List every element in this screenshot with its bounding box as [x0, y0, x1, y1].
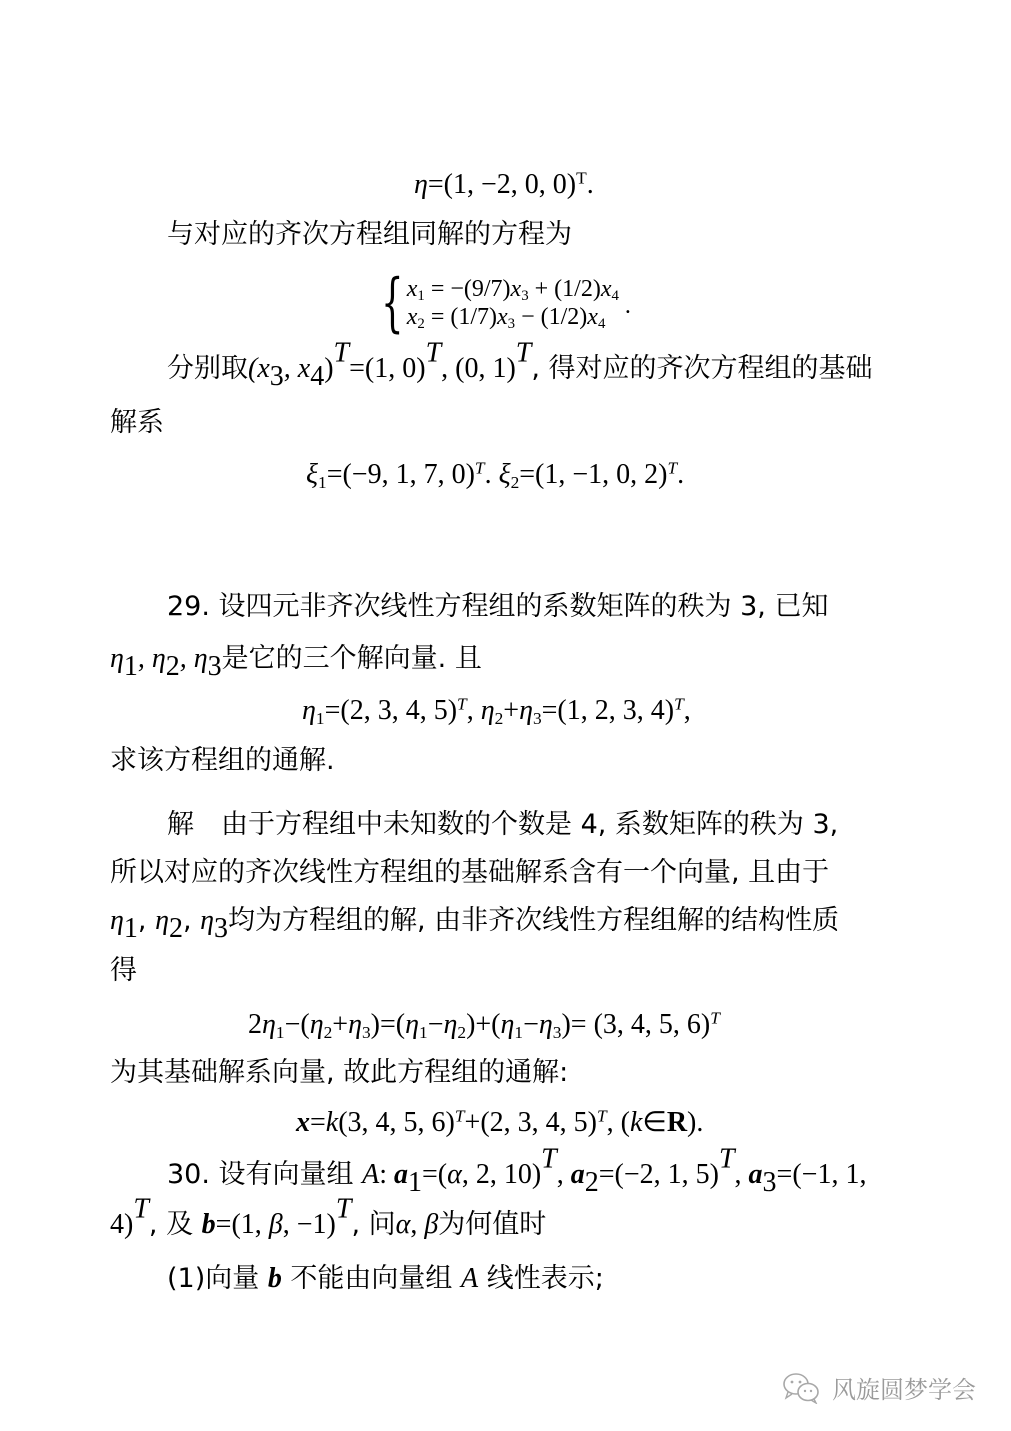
- math: .: [485, 459, 499, 490]
- vector-a: a: [571, 1159, 585, 1190]
- transpose-mark: T: [133, 1194, 149, 1225]
- subscript: 4: [611, 288, 618, 304]
- math: 4): [110, 1209, 133, 1240]
- math: =(−2, 1, 5): [599, 1159, 719, 1190]
- var: x: [511, 276, 522, 302]
- math: ,: [410, 1209, 424, 1240]
- subscript: 3: [508, 316, 515, 332]
- math: (3, 4, 5, 6): [338, 1107, 455, 1138]
- subscript: 3: [533, 709, 542, 728]
- eta-symbol: η: [348, 1009, 362, 1040]
- wechat-icon: [782, 1372, 822, 1404]
- math: =(1,: [216, 1209, 269, 1240]
- eta-symbol: η: [302, 695, 316, 726]
- problem-29-statement: 29. 设四元非齐次线性方程组的系数矩阵的秩为 3, 已知: [167, 590, 828, 624]
- math: ): [324, 353, 333, 384]
- transpose-mark: T: [674, 694, 684, 713]
- eta-symbol: η: [405, 1009, 419, 1040]
- text: (1)向量: [167, 1263, 268, 1294]
- math: )= (3, 4, 5, 6): [561, 1009, 710, 1040]
- text: 30. 设有向量组: [167, 1159, 362, 1190]
- alpha-symbol: α: [396, 1209, 411, 1240]
- subscript: 1: [408, 1167, 422, 1198]
- sep: ,: [138, 905, 155, 936]
- problem-30-part-1: (1)向量 b 不能由向量组 A 线性表示;: [167, 1262, 604, 1296]
- math: , (0, 1): [441, 353, 516, 384]
- equation-system: { x1 = −(9/7)x3 + (1/2)x4 x2 = (1/7)x3 −…: [372, 272, 631, 334]
- transpose-mark: T: [576, 168, 587, 187]
- solution-29-line-4: 得: [110, 954, 137, 988]
- problem-30-line-1: 30. 设有向量组 A: a1=(α, 2, 10)T, a2=(−2, 1, …: [167, 1158, 866, 1192]
- subscript: 2: [585, 1167, 599, 1198]
- text: 线性表示;: [478, 1263, 604, 1294]
- eta-symbol: η: [539, 1009, 553, 1040]
- transpose-mark: T: [475, 458, 485, 477]
- solution-29-line-2: 所以对应的齐次线性方程组的基础解系含有一个向量, 且由于: [110, 856, 829, 890]
- coef: + (1/2): [529, 276, 601, 302]
- watermark: 风旋圆梦学会: [782, 1370, 976, 1405]
- subscript: 3: [521, 288, 528, 304]
- transpose-mark: T: [710, 1008, 720, 1027]
- var: x: [601, 276, 612, 302]
- text: , 及: [149, 1209, 202, 1240]
- math: −: [428, 1009, 444, 1040]
- var: x: [587, 304, 598, 330]
- vector-a: a: [749, 1159, 763, 1190]
- math: =(1, −1, 0, 2): [519, 459, 667, 490]
- k-symbol: k: [630, 1107, 642, 1138]
- math: ).: [687, 1107, 703, 1138]
- transpose-mark: T: [597, 1106, 607, 1125]
- beta-symbol: β: [269, 1209, 283, 1240]
- xi-vectors: ξ1=(−9, 1, 7, 0)T. ξ2=(1, −1, 0, 2)T.: [306, 458, 684, 492]
- transpose-mark: T: [334, 338, 350, 369]
- basis-label: 解系: [110, 406, 164, 440]
- sep: ,: [183, 905, 200, 936]
- transpose-mark: T: [516, 338, 532, 369]
- math: =: [310, 1107, 326, 1138]
- math: :: [379, 1159, 394, 1190]
- problem-30-line-2: 4)T, 及 b=(1, β, −1)T, 问α, β为何值时: [110, 1208, 546, 1242]
- transpose-mark: T: [336, 1194, 352, 1225]
- math: ,: [467, 695, 481, 726]
- set-A: A: [461, 1263, 478, 1294]
- coef: = −(9/7): [425, 276, 511, 302]
- subscript: 2: [495, 709, 504, 728]
- xi-symbol: ξ: [499, 459, 511, 490]
- math: (x: [248, 353, 270, 384]
- math: =(: [422, 1159, 447, 1190]
- k-symbol: k: [326, 1107, 338, 1138]
- math: ,: [557, 1159, 571, 1190]
- eta-symbol: , η: [180, 643, 208, 674]
- transpose-mark: T: [541, 1144, 557, 1175]
- math: )+(: [466, 1009, 500, 1040]
- eta-equation: η=(1, −2, 0, 0)T.: [414, 168, 594, 202]
- subscript: 3: [763, 1167, 777, 1198]
- solution-29-line-1: 解 由于方程组中未知数的个数是 4, 系数矩阵的秩为 3,: [167, 808, 838, 842]
- eta-symbol: η: [501, 1009, 515, 1040]
- eta-symbol: η: [155, 905, 169, 936]
- math: =(−9, 1, 7, 0): [327, 459, 475, 490]
- eta-symbol: η: [262, 1009, 276, 1040]
- period: .: [625, 293, 631, 320]
- transpose-mark: T: [668, 458, 678, 477]
- alpha-symbol: α: [447, 1159, 462, 1190]
- math: , 2, 10): [462, 1159, 541, 1190]
- eta-symbol: η: [310, 1009, 324, 1040]
- subscript: 1: [124, 913, 138, 944]
- solution-29-line-3: η1, η2, η3均为方程组的解, 由非齐次线性方程组解的结构性质: [110, 904, 839, 938]
- system-row-2: x2 = (1/7)x3 − (1/2)x4: [407, 303, 619, 331]
- vector-a: a: [394, 1159, 408, 1190]
- solution-29-conclusion: 为其基础解系向量, 故此方程组的通解:: [110, 1056, 568, 1090]
- vector-b: b: [268, 1263, 282, 1294]
- element-of-symbol: ∈: [642, 1107, 666, 1138]
- math: =(−1, 1,: [777, 1159, 867, 1190]
- transpose-mark: T: [457, 694, 467, 713]
- math: )=(: [371, 1009, 405, 1040]
- subscript: 1: [514, 1023, 523, 1042]
- eta-symbol: η: [200, 905, 214, 936]
- eta-value: =(1, −2, 0, 0): [428, 169, 576, 200]
- eta-symbol: η: [110, 643, 124, 674]
- var: x: [407, 276, 418, 302]
- text: 分别取: [167, 353, 248, 384]
- coef: − (1/2): [515, 304, 587, 330]
- beta-symbol: β: [424, 1209, 438, 1240]
- problem-29-given: η1=(2, 3, 4, 5)T, η2+η3=(1, 2, 3, 4)T,: [302, 694, 691, 728]
- watermark-text: 风旋圆梦学会: [832, 1370, 976, 1405]
- system-rows: x1 = −(9/7)x3 + (1/2)x4 x2 = (1/7)x3 − (…: [407, 275, 619, 331]
- general-solution: x=k(3, 4, 5, 6)T+(2, 3, 4, 5)T, (k∈R).: [296, 1106, 703, 1140]
- eta-symbol: η: [519, 695, 533, 726]
- period: .: [587, 169, 594, 200]
- subscript: 1: [124, 651, 138, 682]
- text: , 问: [351, 1209, 395, 1240]
- x-vector: x: [296, 1107, 310, 1138]
- math: +(2, 3, 4, 5): [465, 1107, 597, 1138]
- math: +: [332, 1009, 348, 1040]
- coef: = (1/7): [425, 304, 497, 330]
- math: , x: [284, 353, 310, 384]
- math: , (: [607, 1107, 630, 1138]
- transpose-mark: T: [719, 1144, 735, 1175]
- vector-b: b: [202, 1209, 216, 1240]
- subscript: 1: [316, 709, 325, 728]
- text: 是它的三个解向量. 且: [222, 643, 482, 674]
- var: x: [497, 304, 508, 330]
- xi-symbol: ξ: [306, 459, 318, 490]
- left-brace: {: [381, 272, 403, 334]
- subscript: 4: [598, 316, 605, 332]
- eta-symbol: , η: [138, 643, 166, 674]
- solution-29-formula: 2η1−(η2+η3)=(η1−η2)+(η1−η3)= (3, 4, 5, 6…: [248, 1008, 720, 1042]
- math: ,: [735, 1159, 749, 1190]
- math: +: [503, 695, 519, 726]
- eta-symbol: η: [110, 905, 124, 936]
- system-row-1: x1 = −(9/7)x3 + (1/2)x4: [407, 275, 619, 303]
- subscript: 3: [362, 1023, 371, 1042]
- take-values-line: 分别取(x3, x4)T=(1, 0)T, (0, 1)T, 得对应的齐次方程组…: [167, 352, 873, 386]
- subscript: 2: [169, 913, 183, 944]
- subscript: 2: [166, 651, 180, 682]
- math: =(1, 0): [349, 353, 425, 384]
- transpose-mark: T: [455, 1106, 465, 1125]
- subscript: 2: [417, 316, 424, 332]
- subscript: 3: [270, 361, 284, 392]
- reals-symbol: R: [667, 1107, 687, 1138]
- problem-29-line-2: η1, η2, η3是它的三个解向量. 且: [110, 642, 482, 676]
- math: =(1, 2, 3, 4): [542, 695, 674, 726]
- subscript: 2: [324, 1023, 333, 1042]
- text: , 得对应的齐次方程组的基础: [531, 353, 872, 384]
- subscript: 4: [310, 361, 324, 392]
- subscript: 1: [318, 473, 327, 492]
- eta-symbol: η: [414, 169, 428, 200]
- math: =(2, 3, 4, 5): [325, 695, 457, 726]
- problem-29-ask: 求该方程组的通解.: [110, 744, 335, 778]
- subscript: 1: [276, 1023, 285, 1042]
- math: −(: [285, 1009, 310, 1040]
- text: 均为方程组的解, 由非齐次线性方程组解的结构性质: [228, 905, 839, 936]
- subscript: 1: [417, 288, 424, 304]
- text: 为何值时: [438, 1209, 546, 1240]
- set-A: A: [362, 1159, 379, 1190]
- same-solution-text: 与对应的齐次方程组同解的方程为: [167, 218, 572, 252]
- math: 2: [248, 1009, 262, 1040]
- subscript: 3: [208, 651, 222, 682]
- eta-symbol: η: [443, 1009, 457, 1040]
- subscript: 2: [457, 1023, 466, 1042]
- text: 不能由向量组: [282, 1263, 461, 1294]
- subscript: 2: [511, 473, 520, 492]
- math: , −1): [283, 1209, 336, 1240]
- transpose-mark: T: [426, 338, 442, 369]
- subscript: 3: [214, 913, 228, 944]
- eta-symbol: η: [481, 695, 495, 726]
- math: ,: [684, 695, 691, 726]
- math: −: [523, 1009, 539, 1040]
- subscript: 1: [419, 1023, 428, 1042]
- var: x: [407, 304, 418, 330]
- period: .: [677, 459, 684, 490]
